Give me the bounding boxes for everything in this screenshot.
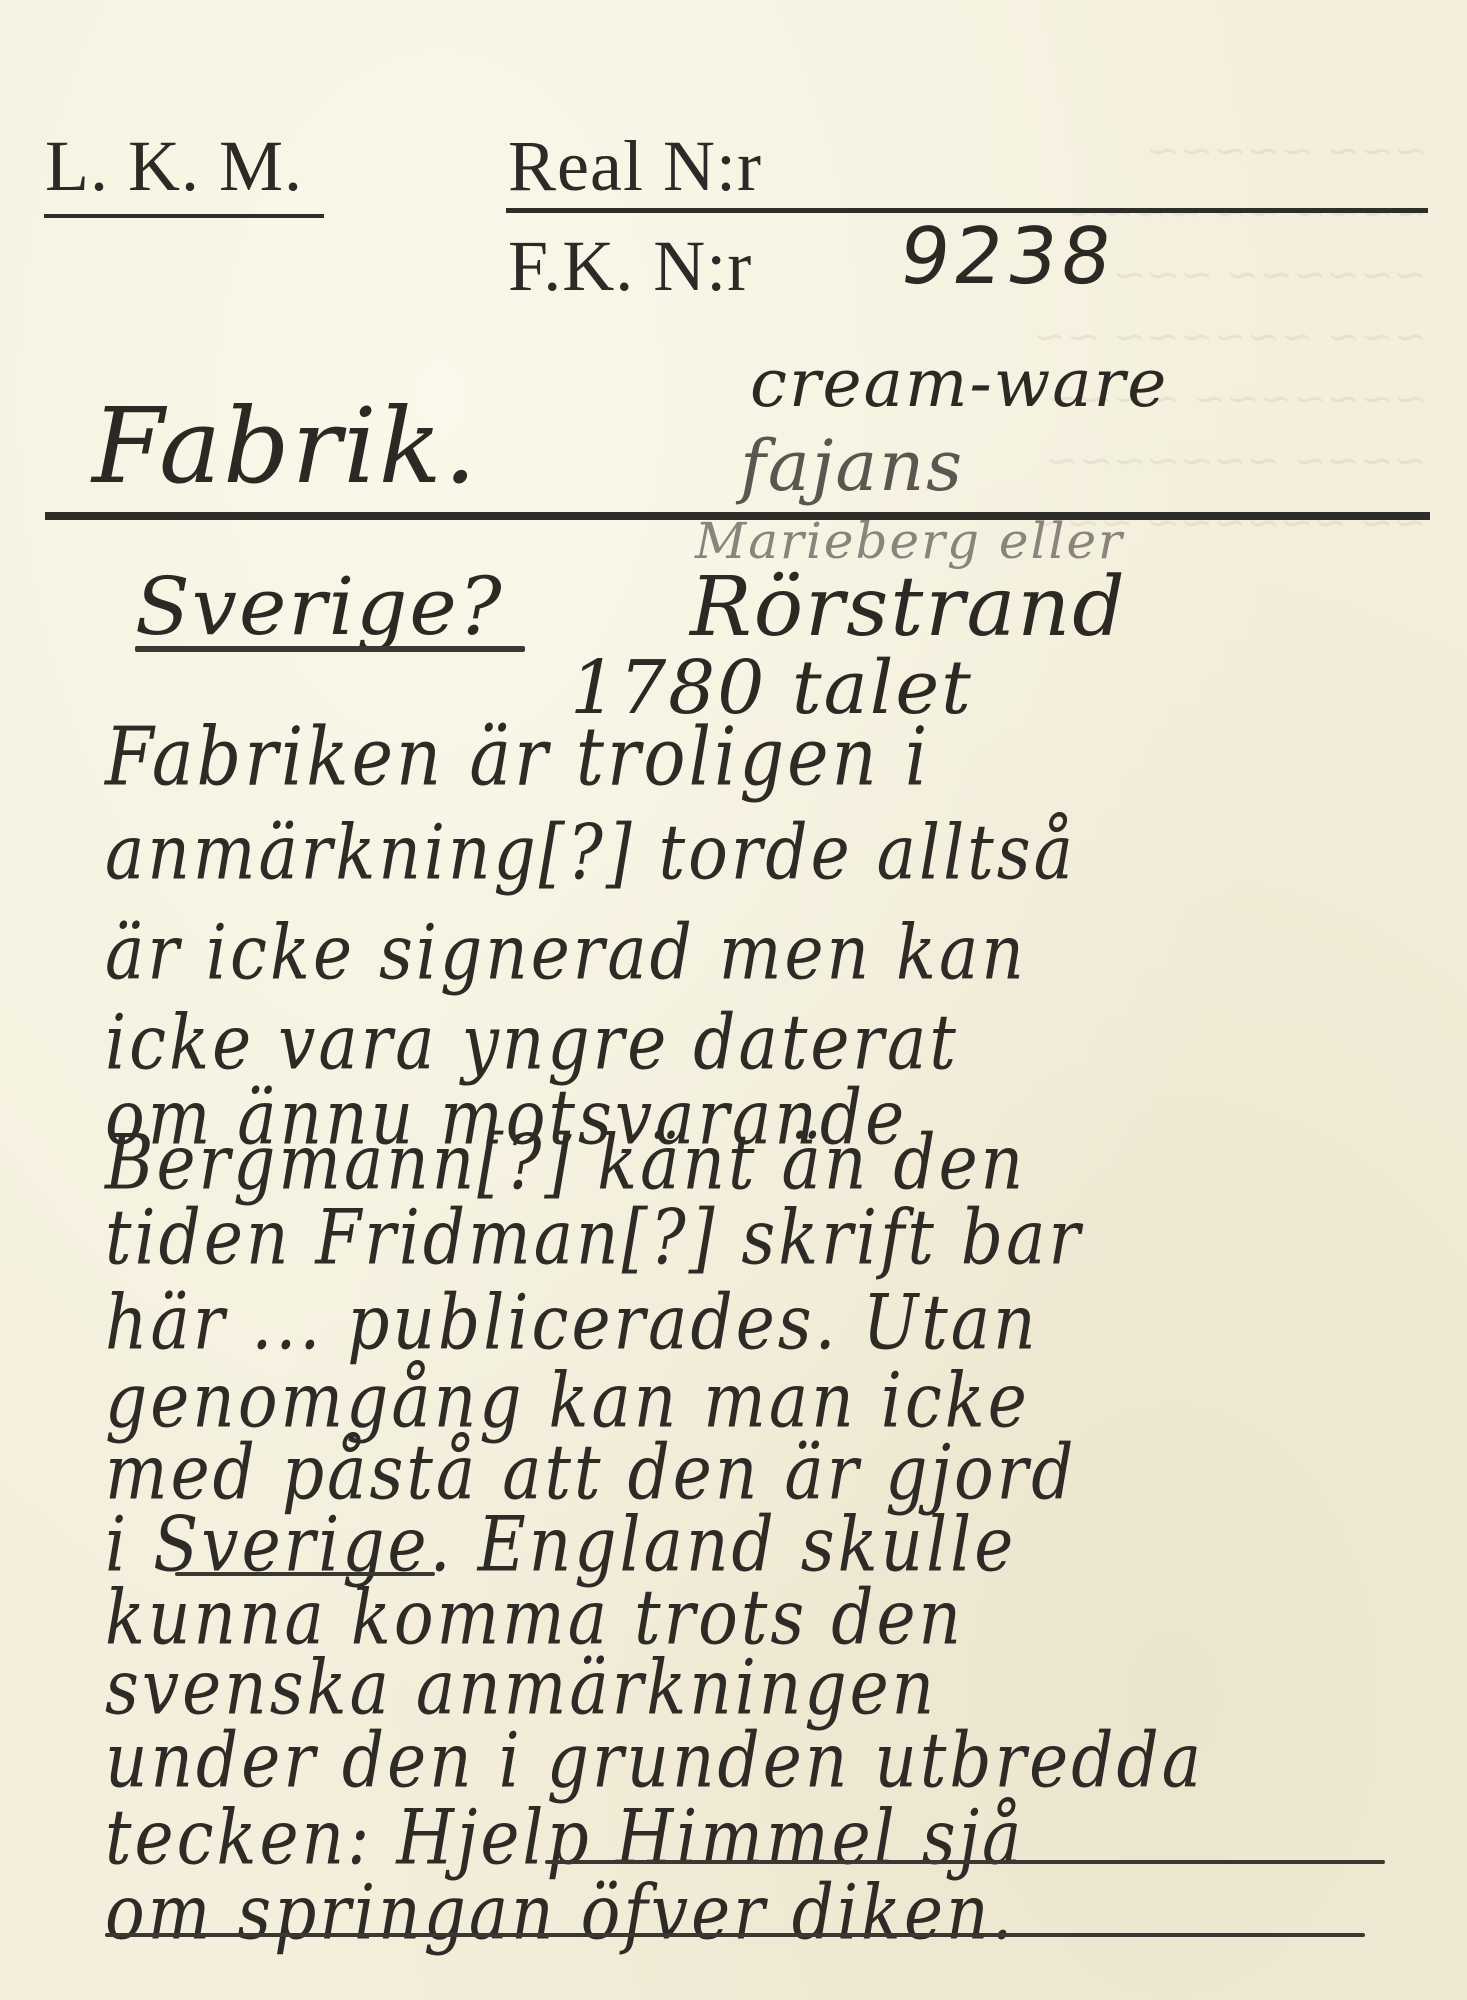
body-line: Fabriken är troligen i (105, 710, 930, 804)
institution-underline (44, 214, 324, 218)
country-underline (135, 646, 525, 652)
institution-label: L. K. M. (45, 125, 303, 208)
body-line: om springan öfver diken. (105, 1868, 1016, 1957)
factory-name: Rörstrand (690, 560, 1127, 655)
body-line: är icke signerad men kan (105, 908, 1027, 997)
country: Sverige? (135, 560, 504, 653)
body-line: under den i grunden utbredda (105, 1716, 1204, 1805)
body-line: anmärkning[?] torde alltså (105, 808, 1076, 897)
fk-nr-value: 9238 (894, 212, 1121, 302)
quote-underline-2 (105, 1933, 1365, 1937)
quote-underline-1 (545, 1860, 1385, 1864)
catalog-card: ~~~ ~~~~~ ~~~~ ~~ ~~~~ ~~~~~~ ~~~ ~~~ ~~… (0, 0, 1467, 2000)
object-title: Fabrik. (92, 385, 479, 507)
fk-nr-label: F.K. N:r (508, 225, 752, 308)
material-top: cream-ware (750, 345, 1168, 422)
material-bottom: fajans (740, 425, 964, 507)
body-line: här ... publicerades. Utan (105, 1278, 1039, 1367)
real-nr-label: Real N:r (508, 125, 762, 208)
body-line: tiden Fridman[?] skrift bar (105, 1193, 1083, 1282)
